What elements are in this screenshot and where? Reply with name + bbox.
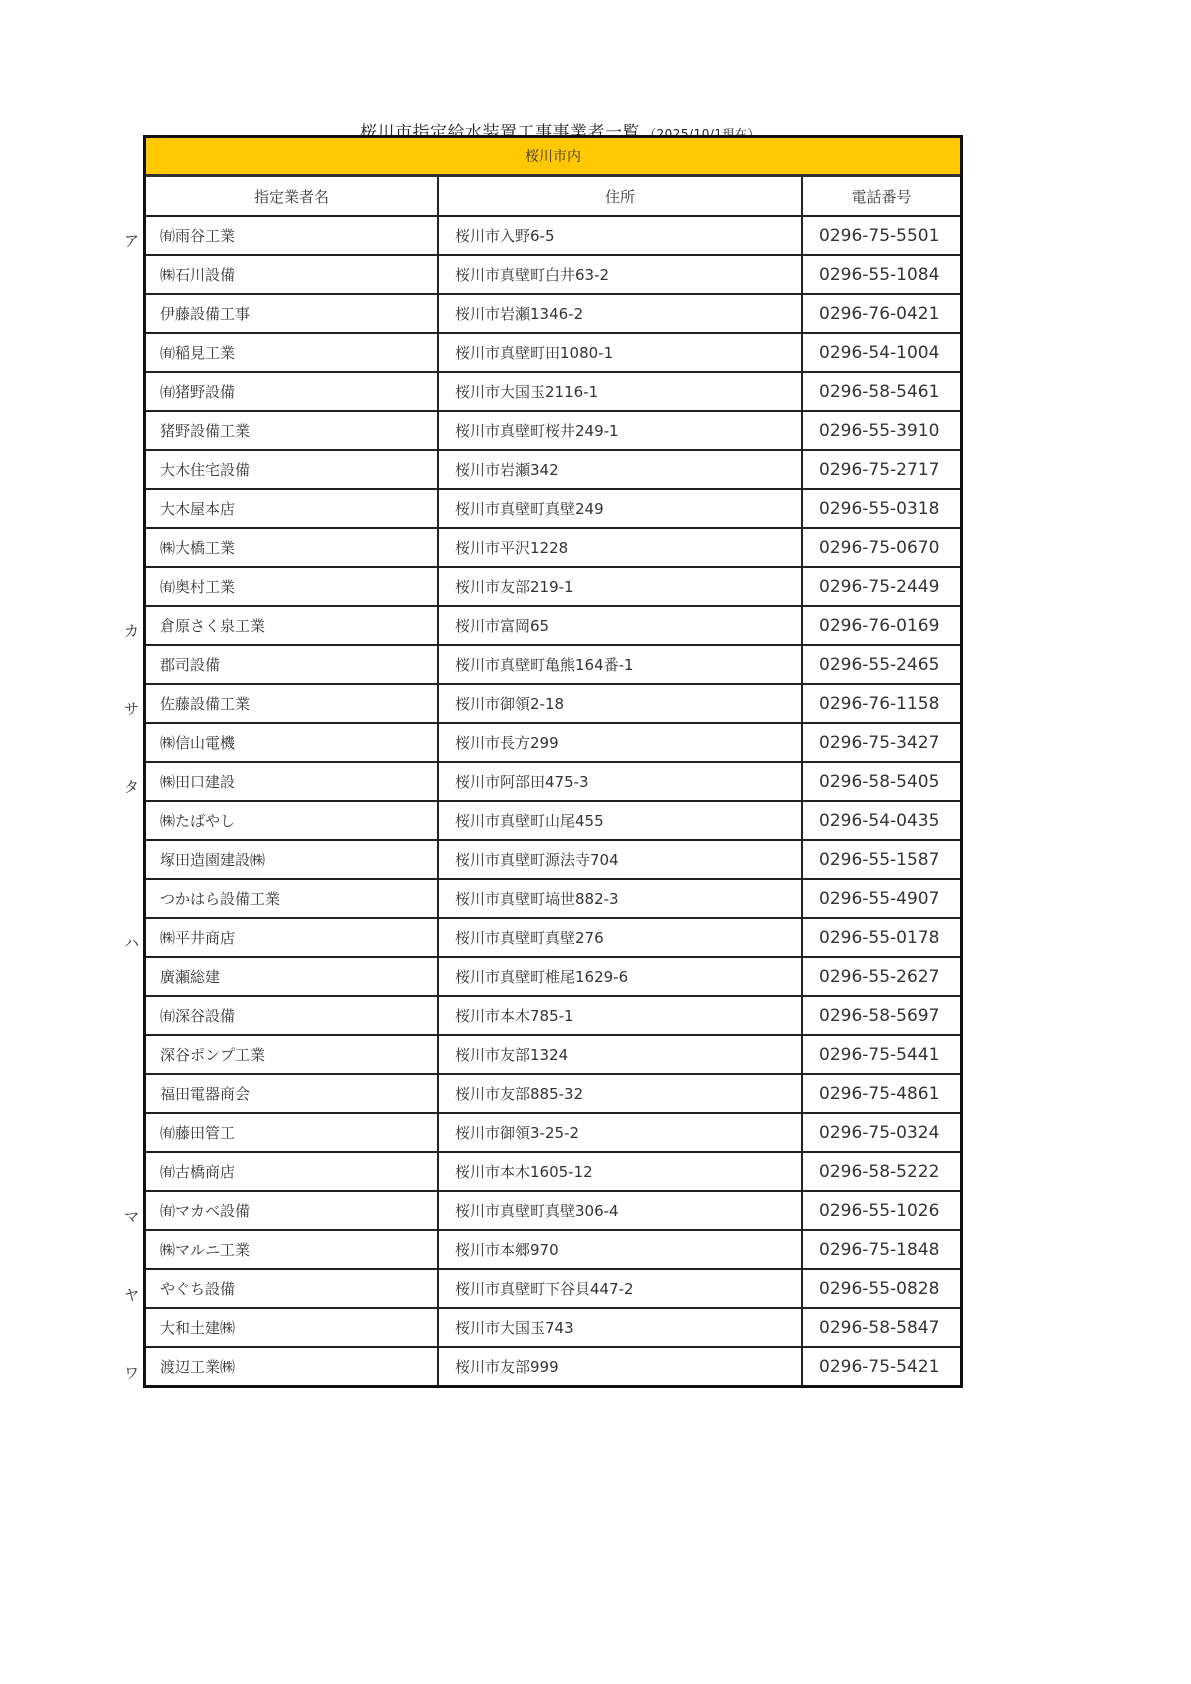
- kana-index-label: タ: [124, 776, 139, 797]
- table-row: ㈲マカベ設備桜川市真壁町真壁306-40296-55-1026: [146, 1191, 960, 1230]
- contractor-phone: 0296-55-1587: [802, 840, 960, 879]
- contractor-name: ㈱たばやし: [146, 801, 438, 840]
- table-row: 郡司設備桜川市真壁町亀熊164番-10296-55-2465: [146, 645, 960, 684]
- contractor-phone: 0296-75-2449: [802, 567, 960, 606]
- kana-index-label: サ: [124, 698, 139, 719]
- contractor-address: 桜川市真壁町椎尾1629-6: [438, 957, 802, 996]
- contractor-name: 佐藤設備工業: [146, 684, 438, 723]
- contractor-name: 大木屋本店: [146, 489, 438, 528]
- contractor-address: 桜川市真壁町桜井249-1: [438, 411, 802, 450]
- contractor-address: 桜川市本郷970: [438, 1230, 802, 1269]
- kana-index-label: ア: [124, 230, 139, 251]
- contractor-phone: 0296-58-5847: [802, 1308, 960, 1347]
- contractor-address: 桜川市友部999: [438, 1347, 802, 1385]
- contractor-name: ㈲稲見工業: [146, 333, 438, 372]
- section-band-label: 桜川市内: [146, 138, 960, 176]
- table-row: 大木屋本店桜川市真壁町真壁2490296-55-0318: [146, 489, 960, 528]
- table-row: 大木住宅設備桜川市岩瀬3420296-75-2717: [146, 450, 960, 489]
- table-row: ㈱たばやし桜川市真壁町山尾4550296-54-0435: [146, 801, 960, 840]
- contractor-phone: 0296-55-2465: [802, 645, 960, 684]
- table-row: 塚田造園建設㈱桜川市真壁町源法寺7040296-55-1587: [146, 840, 960, 879]
- contractor-phone: 0296-76-0169: [802, 606, 960, 645]
- contractor-name: ㈲古橋商店: [146, 1152, 438, 1191]
- table-body: ㈲雨谷工業桜川市入野6-50296-75-5501㈱石川設備桜川市真壁町白井63…: [146, 216, 960, 1385]
- contractor-name: ㈱平井商店: [146, 918, 438, 957]
- contractor-address: 桜川市本木785-1: [438, 996, 802, 1035]
- table-row: ㈲稲見工業桜川市真壁町田1080-10296-54-1004: [146, 333, 960, 372]
- section-band: 桜川市内: [146, 138, 960, 176]
- contractor-phone: 0296-75-5441: [802, 1035, 960, 1074]
- contractor-phone: 0296-54-0435: [802, 801, 960, 840]
- contractor-name: ㈱マルニ工業: [146, 1230, 438, 1269]
- table-header-row: 指定業者名 住所 電話番号: [146, 176, 960, 217]
- contractor-address: 桜川市御領2-18: [438, 684, 802, 723]
- header-address: 住所: [438, 176, 802, 217]
- table-row: 大和土建㈱桜川市大国玉7430296-58-5847: [146, 1308, 960, 1347]
- table-row: ㈲奥村工業桜川市友部219-10296-75-2449: [146, 567, 960, 606]
- table-row: やぐち設備桜川市真壁町下谷貝447-20296-55-0828: [146, 1269, 960, 1308]
- contractor-name: ㈲深谷設備: [146, 996, 438, 1035]
- contractor-address: 桜川市長方299: [438, 723, 802, 762]
- contractor-name: ㈱石川設備: [146, 255, 438, 294]
- table-row: 廣瀬総建桜川市真壁町椎尾1629-60296-55-2627: [146, 957, 960, 996]
- contractor-phone: 0296-75-0670: [802, 528, 960, 567]
- kana-index-label: ワ: [124, 1362, 139, 1383]
- contractor-phone: 0296-55-4907: [802, 879, 960, 918]
- table-row: 佐藤設備工業桜川市御領2-180296-76-1158: [146, 684, 960, 723]
- contractor-name: ㈲マカベ設備: [146, 1191, 438, 1230]
- table-row: 渡辺工業㈱桜川市友部9990296-75-5421: [146, 1347, 960, 1385]
- contractor-address: 桜川市真壁町真壁276: [438, 918, 802, 957]
- table-row: 福田電器商会桜川市友部885-320296-75-4861: [146, 1074, 960, 1113]
- contractor-address: 桜川市友部219-1: [438, 567, 802, 606]
- contractor-address: 桜川市大国玉743: [438, 1308, 802, 1347]
- contractor-address: 桜川市岩瀬1346-2: [438, 294, 802, 333]
- table-row: つかはら設備工業桜川市真壁町塙世882-30296-55-4907: [146, 879, 960, 918]
- contractor-phone: 0296-55-0178: [802, 918, 960, 957]
- contractor-address: 桜川市真壁町山尾455: [438, 801, 802, 840]
- contractor-phone: 0296-55-1084: [802, 255, 960, 294]
- contractor-address: 桜川市岩瀬342: [438, 450, 802, 489]
- contractor-phone: 0296-75-5421: [802, 1347, 960, 1385]
- contractor-address: 桜川市真壁町源法寺704: [438, 840, 802, 879]
- contractor-address: 桜川市真壁町真壁249: [438, 489, 802, 528]
- contractor-phone: 0296-55-1026: [802, 1191, 960, 1230]
- contractor-name: 伊藤設備工事: [146, 294, 438, 333]
- kana-index-label: ハ: [124, 932, 139, 953]
- contractor-phone: 0296-55-0828: [802, 1269, 960, 1308]
- contractor-address: 桜川市阿部田475-3: [438, 762, 802, 801]
- contractor-phone: 0296-76-0421: [802, 294, 960, 333]
- contractor-address: 桜川市友部1324: [438, 1035, 802, 1074]
- table-row: 深谷ポンプ工業桜川市友部13240296-75-5441: [146, 1035, 960, 1074]
- contractor-address: 桜川市真壁町真壁306-4: [438, 1191, 802, 1230]
- contractor-name: 塚田造園建設㈱: [146, 840, 438, 879]
- header-phone: 電話番号: [802, 176, 960, 217]
- contractor-phone: 0296-75-3427: [802, 723, 960, 762]
- kana-index-label: カ: [124, 620, 139, 641]
- table-row: ㈱田口建設桜川市阿部田475-30296-58-5405: [146, 762, 960, 801]
- contractor-name: ㈲藤田管工: [146, 1113, 438, 1152]
- contractor-address: 桜川市真壁町亀熊164番-1: [438, 645, 802, 684]
- contractor-name: 猪野設備工業: [146, 411, 438, 450]
- table-row: ㈲深谷設備桜川市本木785-10296-58-5697: [146, 996, 960, 1035]
- contractor-name: つかはら設備工業: [146, 879, 438, 918]
- contractor-address: 桜川市真壁町塙世882-3: [438, 879, 802, 918]
- contractor-phone: 0296-76-1158: [802, 684, 960, 723]
- contractor-address: 桜川市富岡65: [438, 606, 802, 645]
- contractor-name: 大木住宅設備: [146, 450, 438, 489]
- contractor-address: 桜川市入野6-5: [438, 216, 802, 255]
- table-row: 倉原さく泉工業桜川市富岡650296-76-0169: [146, 606, 960, 645]
- contractor-phone: 0296-55-2627: [802, 957, 960, 996]
- table-row: ㈲古橋商店桜川市本木1605-120296-58-5222: [146, 1152, 960, 1191]
- table-row: ㈱信山電機桜川市長方2990296-75-3427: [146, 723, 960, 762]
- contractor-phone: 0296-58-5697: [802, 996, 960, 1035]
- contractor-name: ㈱信山電機: [146, 723, 438, 762]
- contractor-name: 廣瀬総建: [146, 957, 438, 996]
- table-row: 伊藤設備工事桜川市岩瀬1346-20296-76-0421: [146, 294, 960, 333]
- contractor-phone: 0296-75-1848: [802, 1230, 960, 1269]
- table-row: ㈲藤田管工桜川市御領3-25-20296-75-0324: [146, 1113, 960, 1152]
- contractor-name: ㈲猪野設備: [146, 372, 438, 411]
- contractor-phone: 0296-75-5501: [802, 216, 960, 255]
- contractor-table: 桜川市内 指定業者名 住所 電話番号 ㈲雨谷工業桜川市入野6-50296-75-…: [143, 135, 963, 1388]
- contractor-name: ㈲雨谷工業: [146, 216, 438, 255]
- contractor-address: 桜川市真壁町田1080-1: [438, 333, 802, 372]
- contractor-address: 桜川市真壁町白井63-2: [438, 255, 802, 294]
- contractor-phone: 0296-58-5222: [802, 1152, 960, 1191]
- contractor-phone: 0296-55-0318: [802, 489, 960, 528]
- contractor-phone: 0296-75-0324: [802, 1113, 960, 1152]
- contractor-phone: 0296-75-4861: [802, 1074, 960, 1113]
- contractor-address: 桜川市平沢1228: [438, 528, 802, 567]
- contractor-phone: 0296-58-5405: [802, 762, 960, 801]
- contractor-name: 大和土建㈱: [146, 1308, 438, 1347]
- contractor-name: 福田電器商会: [146, 1074, 438, 1113]
- contractor-name: 倉原さく泉工業: [146, 606, 438, 645]
- table-row: ㈲猪野設備桜川市大国玉2116-10296-58-5461: [146, 372, 960, 411]
- contractor-name: ㈱田口建設: [146, 762, 438, 801]
- contractor-address: 桜川市御領3-25-2: [438, 1113, 802, 1152]
- header-name: 指定業者名: [146, 176, 438, 217]
- contractor-name: 深谷ポンプ工業: [146, 1035, 438, 1074]
- table-row: ㈲雨谷工業桜川市入野6-50296-75-5501: [146, 216, 960, 255]
- contractor-address: 桜川市真壁町下谷貝447-2: [438, 1269, 802, 1308]
- contractor-phone: 0296-75-2717: [802, 450, 960, 489]
- contractor-phone: 0296-55-3910: [802, 411, 960, 450]
- contractor-phone: 0296-54-1004: [802, 333, 960, 372]
- table-row: ㈱平井商店桜川市真壁町真壁2760296-55-0178: [146, 918, 960, 957]
- contractor-name: ㈲奥村工業: [146, 567, 438, 606]
- contractor-address: 桜川市大国玉2116-1: [438, 372, 802, 411]
- contractor-name: やぐち設備: [146, 1269, 438, 1308]
- contractor-name: 渡辺工業㈱: [146, 1347, 438, 1385]
- kana-index-label: マ: [124, 1206, 139, 1227]
- table-row: ㈱マルニ工業桜川市本郷9700296-75-1848: [146, 1230, 960, 1269]
- contractor-address: 桜川市本木1605-12: [438, 1152, 802, 1191]
- table-row: ㈱石川設備桜川市真壁町白井63-20296-55-1084: [146, 255, 960, 294]
- contractor-name: 郡司設備: [146, 645, 438, 684]
- contractor-address: 桜川市友部885-32: [438, 1074, 802, 1113]
- contractor-name: ㈱大橋工業: [146, 528, 438, 567]
- table-row: 猪野設備工業桜川市真壁町桜井249-10296-55-3910: [146, 411, 960, 450]
- kana-index-label: ヤ: [124, 1284, 139, 1305]
- contractor-phone: 0296-58-5461: [802, 372, 960, 411]
- table-row: ㈱大橋工業桜川市平沢12280296-75-0670: [146, 528, 960, 567]
